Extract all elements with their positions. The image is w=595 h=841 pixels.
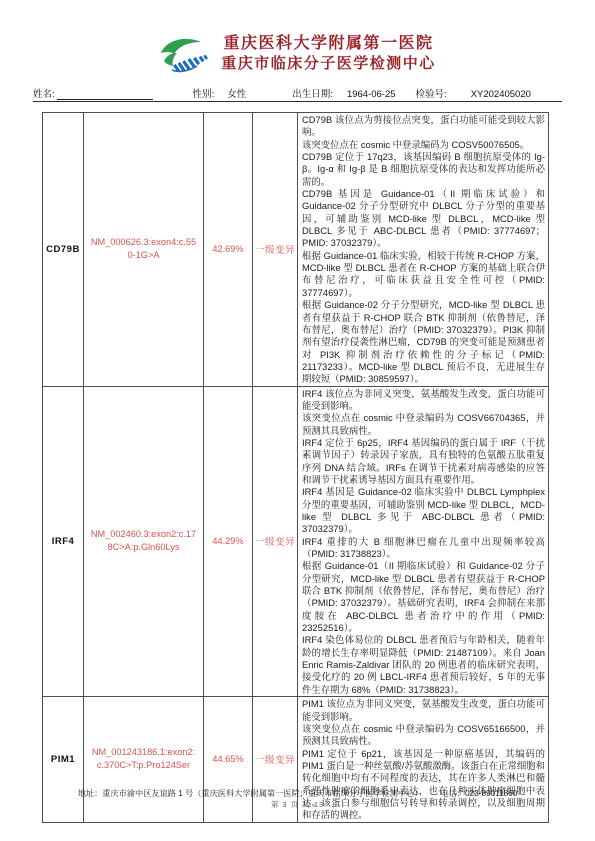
gene-name-cell: IRF4 — [43, 386, 84, 697]
mutation-cell: NM_000626.3:exon4:c.550-1G>A — [84, 113, 204, 387]
name-field — [57, 88, 153, 100]
description-paragraph: IRF4 基因是 Guidance-02 临床实验中 DLBCL Lymphpl… — [302, 486, 545, 535]
description-paragraph: 根据 Guidance-01（II 期临床试验）和 Guidance-02 分子… — [302, 560, 545, 634]
birthdate-value: 1964-06-25 — [347, 89, 396, 100]
description-paragraph: 根据 Guidance-02 分子分型研究，MCD-like 型 DLBCL 患… — [302, 299, 545, 385]
variant-table: CD79BNM_000626.3:exon4:c.550-1G>A42.69%一… — [42, 112, 549, 823]
gender-label: 性别: — [193, 86, 215, 100]
footer-address-line: 地址：重庆市渝中区友谊路 1 号（重庆医科大学附属第一医院；重庆市临床分子医学检… — [0, 788, 595, 799]
description-paragraph: 根据 Guidance-01 临床实验，相较于传统 R-CHOP 方案，MCD-… — [302, 250, 545, 299]
footer-address: 地址：重庆市渝中区友谊路 1 号（重庆医科大学附属第一医院；重庆市临床分子医学检… — [78, 789, 423, 798]
variant-row: CD79BNM_000626.3:exon4:c.550-1G>A42.69%一… — [43, 113, 549, 387]
frequency-cell: 44.29% — [204, 386, 253, 697]
page-number: 第 3 页 共 13 — [0, 799, 595, 810]
description-paragraph: CD79B 该位点为剪接位点突变，蛋白功能可能受到较大影响。 — [302, 114, 545, 139]
description-paragraph: PIM1 定位于 6p21，该基因是一种原癌基因，其编码的 PIM1 蛋白是一种… — [302, 748, 545, 822]
center-name: 重庆市临床分子医学检测中心 — [221, 54, 436, 73]
description-paragraph: IRF4 定位于 6p25，IRF4 基因编码的蛋白属于 IRF（干扰素调节因子… — [302, 437, 545, 486]
birthdate-label: 出生日期: — [292, 86, 333, 100]
footer-phone-label: 电话： — [441, 789, 466, 798]
variant-level-cell: 一级变异 — [253, 386, 298, 697]
description-paragraph: CD79B 基因是 Guidance-01（II 期临床试验）和 Guidanc… — [302, 188, 545, 250]
hospital-name: 重庆医科大学附属第一医院 — [221, 34, 436, 54]
exam-number-label: 检验号: — [416, 86, 447, 100]
description-paragraph: IRF4 重排的大 B 细胞淋巴瘤在儿童中出现频率较高（PMID: 317388… — [302, 536, 545, 561]
header-divider — [33, 101, 562, 102]
variant-level-cell: 一级变异 — [253, 113, 298, 387]
description-paragraph: CD79B 定位于 17q23，该基因编码 B 细胞抗原受体的 Ig-β。Ig-… — [302, 151, 545, 188]
description-paragraph: PIM1 该位点为非同义突变，氨基酸发生改变，蛋白功能可能受到影响。 — [302, 698, 545, 723]
variant-row: IRF4NM_002460.3:exon2:c.178C>A:p.Gln60Ly… — [43, 386, 549, 697]
report-header: 重庆医科大学附属第一医院 重庆市临床分子医学检测中心 — [0, 34, 595, 73]
footer-phone-value: 023-89011860 — [465, 789, 517, 798]
description-paragraph: IRF4 染色体易位的 DLBCL 患者预后与年龄相关，随着年龄的增长生存率明显… — [302, 634, 545, 696]
gene-name-cell: CD79B — [43, 113, 84, 387]
gender-value: 女性 — [227, 86, 246, 100]
name-label: 姓名: — [33, 86, 55, 100]
mutation-cell: NM_002460.3:exon2:c.178C>A:p.Gln60Lys — [84, 386, 204, 697]
description-paragraph: 该突变位点在 cosmic 中登录编码为 COSV66704365，并预测其具致… — [302, 412, 545, 437]
hospital-logo-icon — [159, 36, 215, 78]
frequency-cell: 42.69% — [204, 113, 253, 387]
description-cell: IRF4 该位点为非同义突变，氨基酸发生改变，蛋白功能可能受到影响。该突变位点在… — [298, 386, 549, 697]
description-cell: CD79B 该位点为剪接位点突变，蛋白功能可能受到较大影响。该突变位点在 cos… — [298, 113, 549, 387]
description-paragraph: IRF4 该位点为非同义突变，氨基酸发生改变，蛋白功能可能受到影响。 — [302, 388, 545, 413]
report-page: 重庆医科大学附属第一医院 重庆市临床分子医学检测中心 姓名: 性别: 女性 出生… — [0, 0, 595, 841]
description-paragraph: 该突变位点在 cosmic 中登录编码为 COSV50076505。 — [302, 139, 545, 151]
description-paragraph: 该突变位点在 cosmic 中登录编码为 COSV65166500，并预测其具致… — [302, 723, 545, 748]
patient-info-bar: 姓名: 性别: 女性 出生日期: 1964-06-25 检验号: XY20240… — [33, 86, 565, 100]
exam-number-value: XY202405020 — [471, 89, 531, 100]
